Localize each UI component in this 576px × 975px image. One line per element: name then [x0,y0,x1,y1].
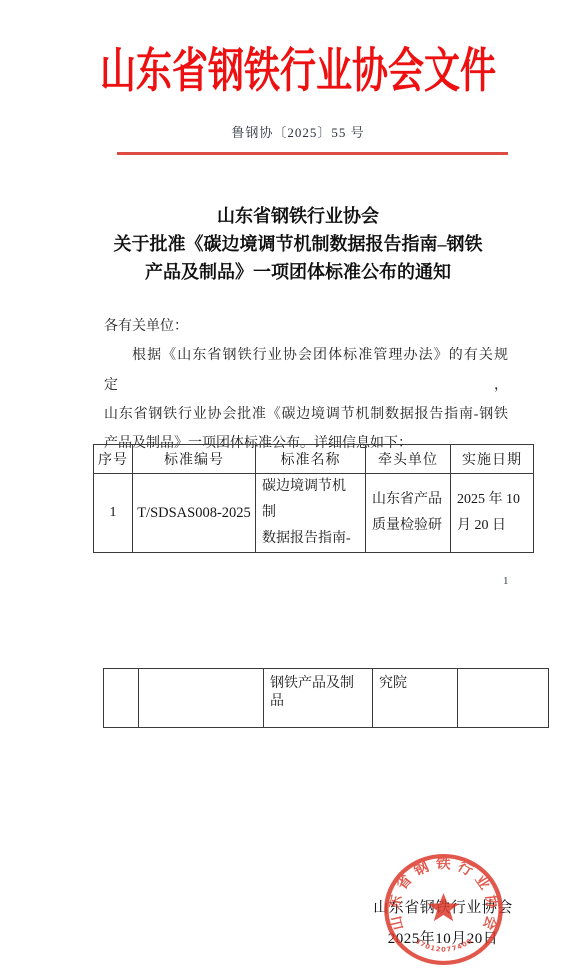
salutation: 各有关单位： [104,312,508,341]
cell-standard-name: 碳边境调节机制 数据报告指南- [256,474,366,553]
cell-standard-name-cont: 钢铁产品及制品 [264,669,373,728]
lead-org-line: 质量检验研 [372,513,444,539]
doc-number: 鲁钢协〔2025〕55 号 [20,122,576,141]
document-title-line: 产品及制品》一项团体标准公布的通知 [20,258,576,286]
document-title: 山东省钢铁行业协会 关于批准《碳边境调节机制数据报告指南–钢铁 产品及制品》一项… [20,202,576,286]
cell-code-empty [139,669,264,728]
col-header-name: 标准名称 [256,445,366,474]
document-title-line: 山东省钢铁行业协会 [20,202,576,230]
standard-name-line: 数据报告指南- [262,526,359,552]
signature-block: 山东省钢铁行业协会 2025年10月20日 [330,896,556,948]
cell-impl-date-empty [458,669,549,728]
standards-table-continuation: 钢铁产品及制品 究院 [103,668,549,728]
table-row: 钢铁产品及制品 究院 [104,669,549,728]
document-header-title: 山东省钢铁行业协会文件 [20,34,576,102]
impl-date-line: 2025 年 10 [457,487,527,513]
signature-date: 2025年10月20日 [330,927,556,948]
page-number: 1 [503,575,509,587]
col-header-date: 实施日期 [451,445,534,474]
standards-table: 序号 标准编号 标准名称 牵头单位 实施日期 1 T/SDSAS008-2025… [93,444,534,553]
lead-org-line: 山东省产品 [372,487,444,513]
body-line: 根据《山东省钢铁行业协会团体标准管理办法》的有关规定， [104,341,508,400]
table-header-row: 序号 标准编号 标准名称 牵头单位 实施日期 [94,445,534,474]
impl-date-line: 月 20 日 [457,513,527,539]
col-header-code: 标准编号 [133,445,256,474]
cell-seq: 1 [94,474,133,553]
col-header-seq: 序号 [94,445,133,474]
document-title-line: 关于批准《碳边境调节机制数据报告指南–钢铁 [20,230,576,258]
cell-seq-empty [104,669,139,728]
standard-name-line: 碳边境调节机制 [262,474,359,526]
red-divider-line [117,152,508,155]
signature-org: 山东省钢铁行业协会 [330,896,556,917]
cell-standard-code: T/SDSAS008-2025 [133,474,256,553]
document-page: 山东省钢铁行业协会文件 鲁钢协〔2025〕55 号 山东省钢铁行业协会 关于批准… [0,0,576,975]
cell-impl-date: 2025 年 10 月 20 日 [451,474,534,553]
col-header-org: 牵头单位 [366,445,451,474]
body-text: 各有关单位： 根据《山东省钢铁行业协会团体标准管理办法》的有关规定， 山东省钢铁… [104,312,508,458]
cell-lead-org: 山东省产品 质量检验研 [366,474,451,553]
table-row: 1 T/SDSAS008-2025 碳边境调节机制 数据报告指南- 山东省产品 … [94,474,534,553]
body-line: 山东省钢铁行业协会批准《碳边境调节机制数据报告指南-钢铁 [104,400,508,429]
cell-lead-org-cont: 究院 [373,669,458,728]
